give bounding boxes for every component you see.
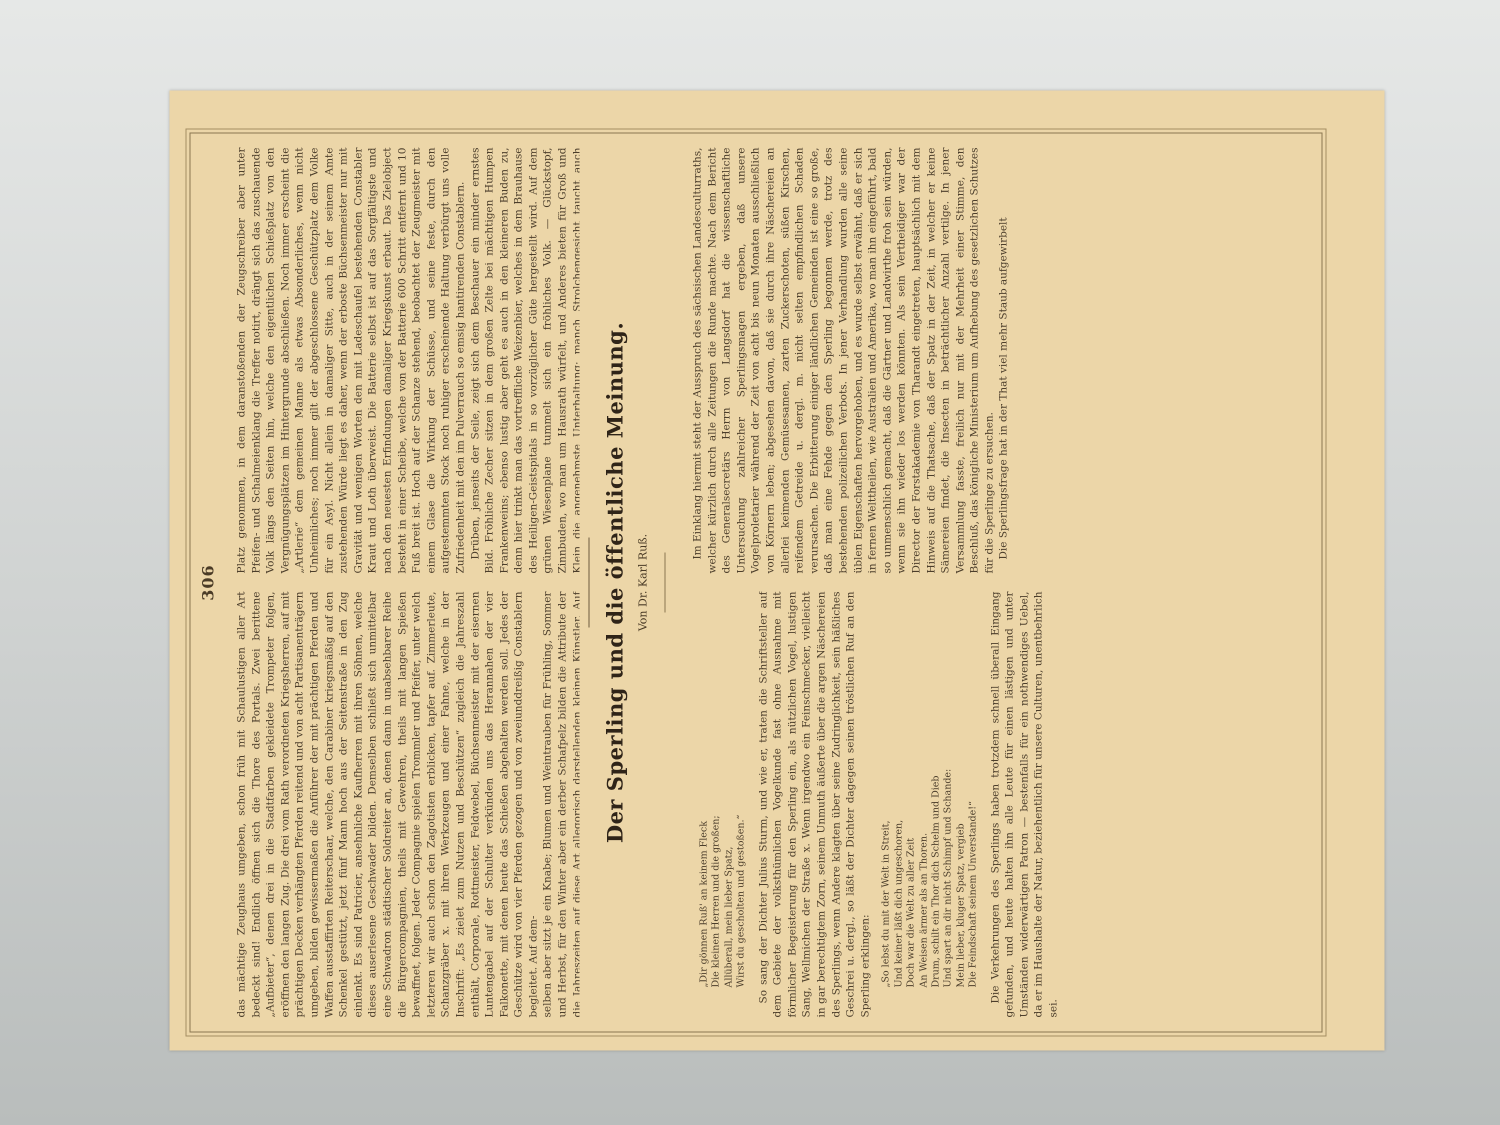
article-columns: „Dir gönnen Ruß' an keinem Fleck Die kle… (691, 148, 1308, 1018)
verse-line: Und keiner läßt dich ungeschoren, (893, 592, 905, 988)
article-byline: Von Dr. Karl Ruß. (637, 134, 650, 1032)
verse-line: Und spart an dir nicht Schimpf und Schan… (943, 592, 955, 988)
separator-rule (589, 538, 590, 628)
byline-rule (665, 553, 666, 613)
paragraph: Drüben, jenseits der Seile, zeigt sich d… (468, 148, 580, 574)
verse-line: Die Feindschaft seinem Unverstande!“ (968, 592, 980, 988)
article-right-column: Im Einklang hiermit steht der Ausspruch … (691, 148, 1308, 574)
page-border: 306 das mächtige Zeughaus umgeben, schon… (190, 133, 1323, 1033)
page-number: 306 (199, 134, 218, 1032)
paragraph: So sang der Dichter Julius Sturm, und wi… (756, 592, 873, 1018)
verse-stanza: „Dir gönnen Ruß' an keinem Fleck Die kle… (699, 592, 749, 988)
paragraph: Die Sperlingsfrage hat in der That viel … (997, 148, 1012, 574)
verse-line: Mein lieber, kluger Spatz, vergieb (955, 592, 967, 988)
verse-line: Die kleinen Herren und die großen; (711, 592, 723, 988)
verse-line: An Weisen ärmer als an Thoren. (918, 592, 930, 988)
paragraph: Platz genommen, in dem daranstoßenden de… (235, 148, 469, 574)
verse-line: „Dir gönnen Ruß' an keinem Fleck (699, 592, 711, 988)
verse-line: Drum, schilt ein Thor dich Schelm und Di… (931, 592, 943, 988)
verse-line: Allüberall, mein lieber Spatz, (723, 592, 735, 988)
top-left-column: das mächtige Zeughaus umgeben, schon frü… (235, 592, 580, 1018)
verse-line: „So lebst du mit der Welt in Streit, (881, 592, 893, 988)
article-title: Der Sperling und die öffentliche Meinung… (603, 134, 628, 1032)
newspaper-page: 306 das mächtige Zeughaus umgeben, schon… (170, 91, 1385, 1051)
article-left-column: „Dir gönnen Ruß' an keinem Fleck Die kle… (691, 592, 1308, 1018)
paragraph: Die Verkehrungen des Sperlings haben tro… (988, 592, 1061, 1018)
top-columns: das mächtige Zeughaus umgeben, schon frü… (235, 148, 580, 1018)
paragraph: selben aber sitzt je ein Knabe; Blumen u… (541, 592, 580, 1018)
top-right-column: Platz genommen, in dem daranstoßenden de… (235, 148, 580, 574)
verse-line: Doch war die Welt zu aller Zeit (906, 592, 918, 988)
verse-stanza: „So lebst du mit der Welt in Streit, Und… (881, 592, 980, 988)
verse-line: Wirst du gescholten und gestoßen.“ (736, 592, 748, 988)
paragraph: Im Einklang hiermit steht der Ausspruch … (691, 148, 997, 574)
paragraph: das mächtige Zeughaus umgeben, schon frü… (235, 592, 541, 1018)
